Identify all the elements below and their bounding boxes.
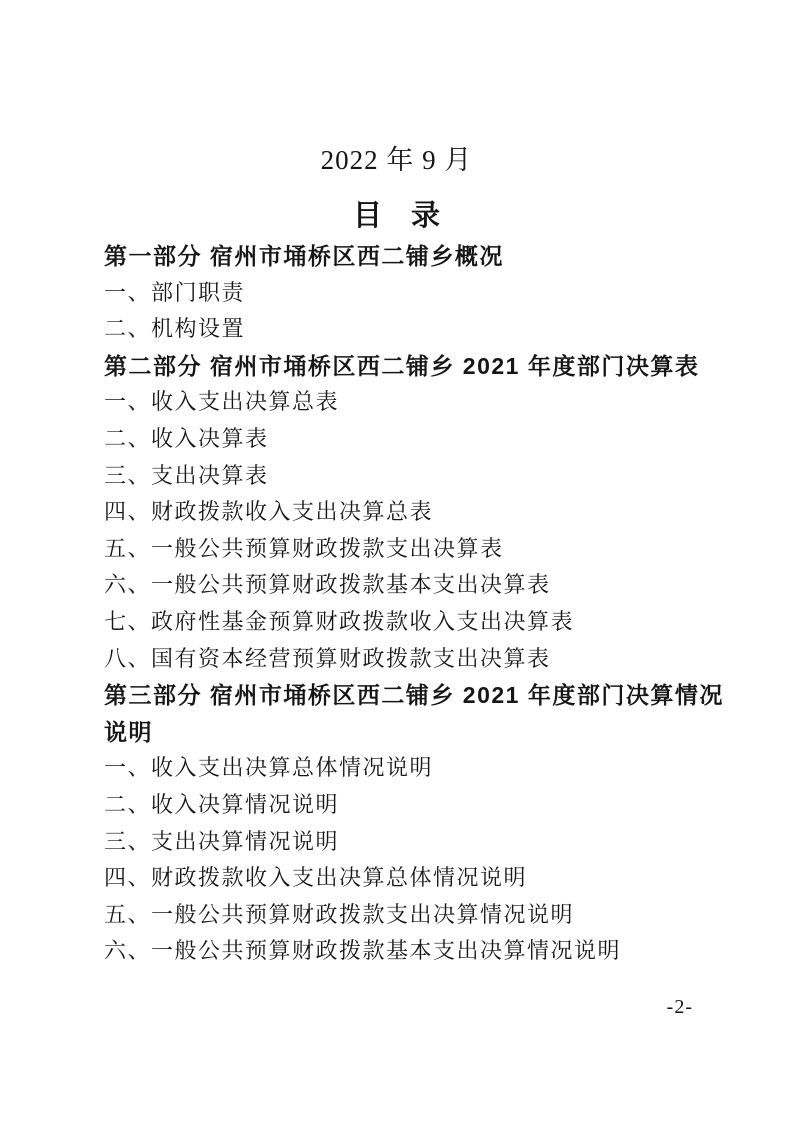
toc: 第一部分 宿州市埇桥区西二铺乡概况一、部门职责二、机构设置第二部分 宿州市埇桥区…: [104, 238, 724, 970]
toc-item: 八、国有资本经营预算财政拨款支出决算表: [104, 641, 724, 678]
page-number: -2-: [667, 995, 693, 1019]
toc-item: 六、一般公共预算财政拨款基本支出决算表: [104, 567, 724, 604]
toc-item: 四、财政拨款收入支出决算总表: [104, 494, 724, 531]
toc-item: 三、支出决算情况说明: [104, 824, 724, 861]
toc-item: 一、收入支出决算总体情况说明: [104, 750, 724, 787]
toc-item: 二、机构设置: [104, 311, 724, 348]
toc-title: 目 录: [0, 198, 793, 234]
toc-item: 一、收入支出决算总表: [104, 384, 724, 421]
toc-item: 五、一般公共预算财政拨款支出决算情况说明: [104, 897, 724, 934]
toc-item: 六、一般公共预算财政拨款基本支出决算情况说明: [104, 933, 724, 970]
toc-item: 三、支出决算表: [104, 458, 724, 495]
toc-section-heading: 第三部分 宿州市埇桥区西二铺乡 2021 年度部门决算情况: [104, 677, 724, 714]
toc-item: 一、部门职责: [104, 275, 724, 312]
toc-item: 七、政府性基金预算财政拨款收入支出决算表: [104, 604, 724, 641]
toc-section-heading: 第一部分 宿州市埇桥区西二铺乡概况: [104, 238, 724, 275]
toc-section-heading: 说明: [104, 714, 724, 751]
toc-section-heading: 第二部分 宿州市埇桥区西二铺乡 2021 年度部门决算表: [104, 348, 724, 385]
toc-item: 四、财政拨款收入支出决算总体情况说明: [104, 860, 724, 897]
document-page: 2022 年 9 月 目 录 第一部分 宿州市埇桥区西二铺乡概况一、部门职责二、…: [0, 0, 793, 1122]
toc-item: 二、收入决算情况说明: [104, 787, 724, 824]
toc-item: 二、收入决算表: [104, 421, 724, 458]
document-date: 2022 年 9 月: [0, 143, 793, 177]
toc-item: 五、一般公共预算财政拨款支出决算表: [104, 531, 724, 568]
